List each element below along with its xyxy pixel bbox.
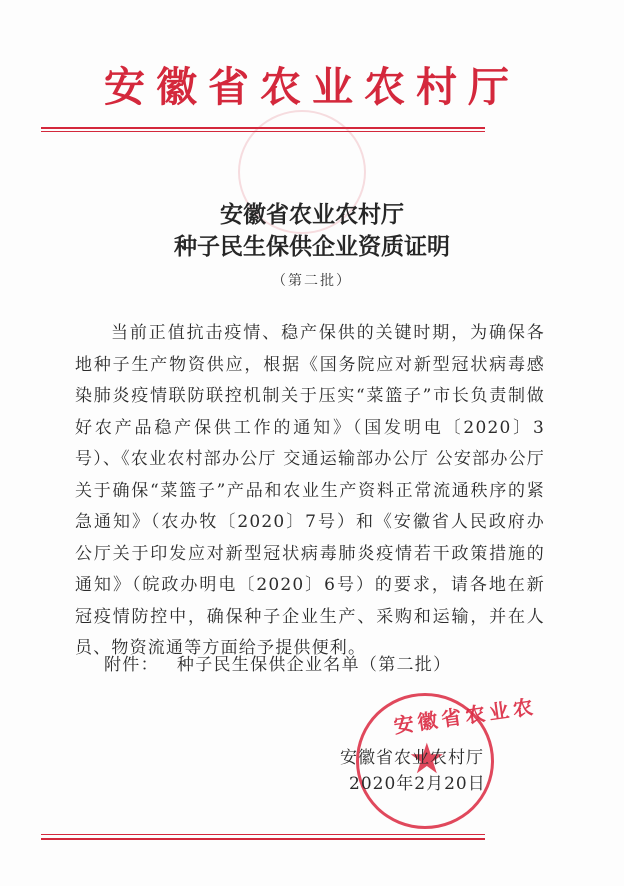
signature-organization: 安徽省农业农村厅 bbox=[340, 745, 486, 771]
attachment-line: 附件：种子民生保供企业名单（第二批） bbox=[104, 650, 469, 675]
attachment-name: 种子民生保供企业名单（第二批） bbox=[177, 655, 452, 675]
footer-divider bbox=[41, 834, 485, 840]
signature-block: 安徽省农业农村厅 2020年2月20日 bbox=[340, 745, 486, 797]
signature-date: 2020年2月20日 bbox=[349, 771, 486, 797]
letterhead-title: 安徽省农业农村厅 bbox=[0, 62, 624, 112]
document-title-line2: 种子民生保供企业资质证明 bbox=[0, 232, 624, 262]
attachment-label: 附件： bbox=[104, 655, 159, 675]
document-body-paragraph: 当前正值抗击疫情、稳产保供的关键时期，为确保各地种子生产物资供应，根据《国务院应… bbox=[75, 318, 545, 665]
document-batch-subtitle: （第二批） bbox=[0, 270, 624, 290]
document-title-line1: 安徽省农业农村厅 bbox=[0, 200, 624, 230]
